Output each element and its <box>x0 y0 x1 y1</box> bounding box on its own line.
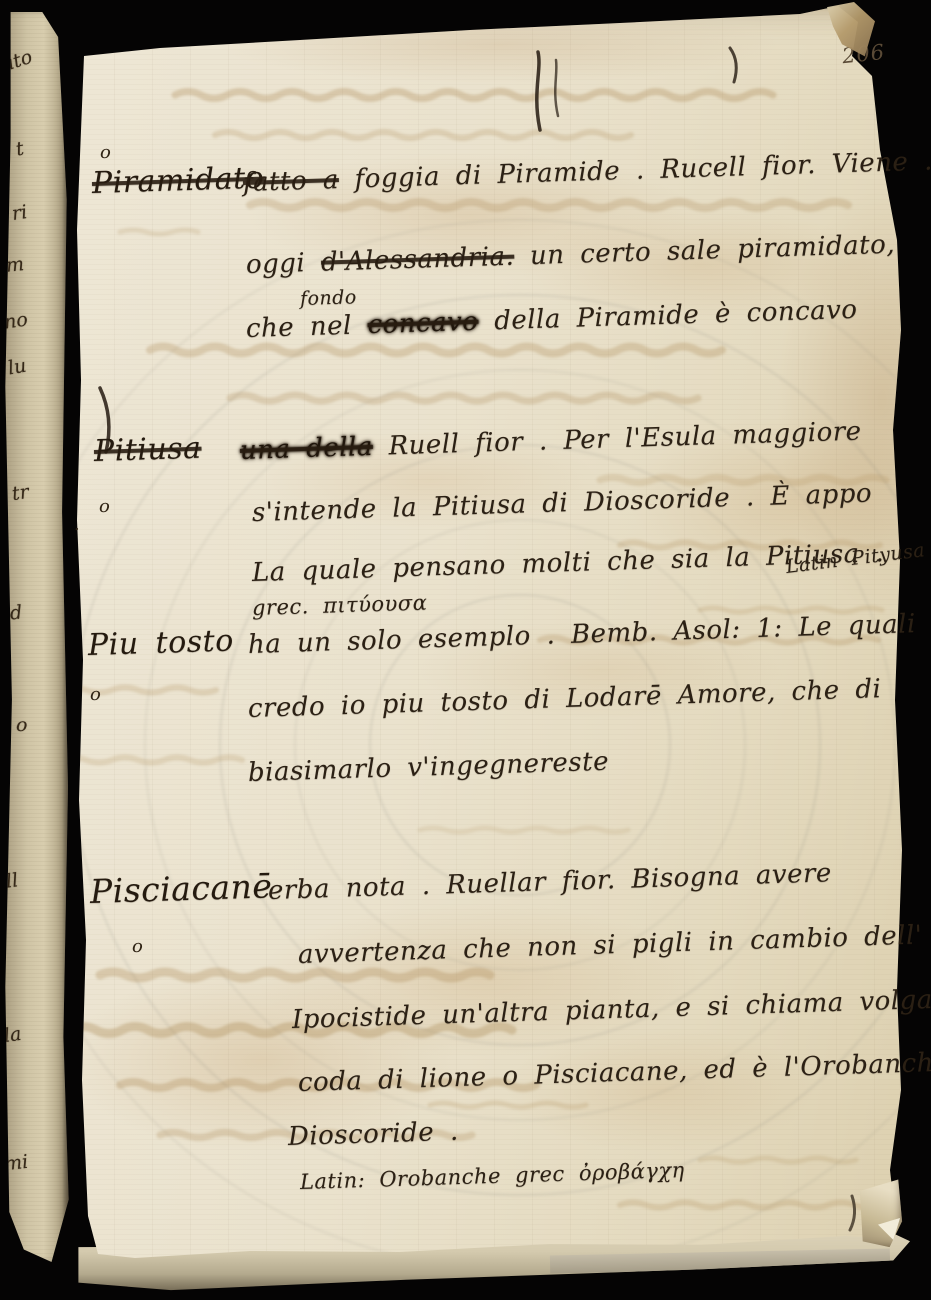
manuscript-line: Ipocistide un'altra pianta, e si chiama … <box>292 982 931 1035</box>
word-run: grec. πιτύουσα <box>252 590 428 619</box>
entry-headword: Pisciacanē <box>89 866 272 911</box>
manuscript-line: grec. πιτύουσα <box>252 590 428 619</box>
word-run: Ruell fior . Per l'Esula maggiore <box>372 416 862 461</box>
margin-mark: o <box>99 496 110 517</box>
interline-insertion: fondo <box>300 286 357 310</box>
word-run: biasimarlo v'ingegnereste <box>248 747 610 788</box>
word-run: s'intende la Pitiusa di Dioscoride . È a… <box>252 479 873 528</box>
manuscript-line: Latin: Orobanche grec ὀροβάγχη <box>300 1158 685 1194</box>
photo-background: atotrimnolutrdolllami Piramidatofatto a … <box>0 0 931 1300</box>
margin-mark: o <box>132 936 143 957</box>
word-run: Latin: Orobanche grec ὀροβάγχη <box>300 1158 685 1194</box>
manuscript-line: credo io piu tosto di Lodarē Amore, che … <box>248 674 882 724</box>
handwritten-text-layer: Piramidatofatto a foggia di Piramide . R… <box>0 0 931 1300</box>
margin-mark: o <box>100 142 111 163</box>
word-run: coda di lione o Pisciacane, ed è l'Oroba… <box>298 1046 931 1098</box>
struck-word: concavo <box>367 307 479 340</box>
word-run: della Piramide è concavo <box>478 295 858 337</box>
manuscript-line: coda di lione o Pisciacane, ed è l'Oroba… <box>298 1046 931 1098</box>
manuscript-line: oggi d'Alessandria. un certo sale pirami… <box>246 230 896 280</box>
struck-word: fatto a <box>243 165 340 198</box>
manuscript-line: erba nota . Ruellar fior. Bisogna avere <box>268 858 833 906</box>
word-run: Dioscoride . <box>288 1117 460 1152</box>
manuscript-line: biasimarlo v'ingegnereste <box>248 747 610 788</box>
word-run: un certo sale piramidato, <box>514 230 896 272</box>
margin-mark: . <box>74 514 80 535</box>
word-run: foggia di Piramide . Rucell fior. Viene … <box>338 146 931 195</box>
word-run: che nel <box>246 310 369 344</box>
word-run: avvertenza che non si pigli in cambio de… <box>298 920 923 970</box>
margin-mark: o <box>90 684 101 705</box>
word-run: erba nota . Ruellar fior. Bisogna avere <box>268 858 833 906</box>
entry-headword: Piu tosto <box>87 623 234 663</box>
word-run: credo io piu tosto di Lodarē Amore, che … <box>248 674 882 724</box>
entry-headword: Pitiusa <box>93 431 202 469</box>
entry-headword: Piramidato <box>91 161 264 201</box>
manuscript-line: Dioscoride . <box>288 1117 460 1152</box>
struck-word: d'Alessandria. <box>321 242 515 278</box>
manuscript-line: una della Ruell fior . Per l'Esula maggi… <box>240 416 862 466</box>
struck-word: una della <box>240 432 374 466</box>
word-run: Ipocistide un'altra pianta, e si chiama … <box>292 984 931 1035</box>
manuscript-line: s'intende la Pitiusa di Dioscoride . È a… <box>252 479 873 528</box>
manuscript-line: fatto a foggia di Piramide . Rucell fior… <box>243 146 931 198</box>
manuscript-line: avvertenza che non si pigli in cambio de… <box>298 920 923 970</box>
word-run: oggi <box>246 248 322 280</box>
